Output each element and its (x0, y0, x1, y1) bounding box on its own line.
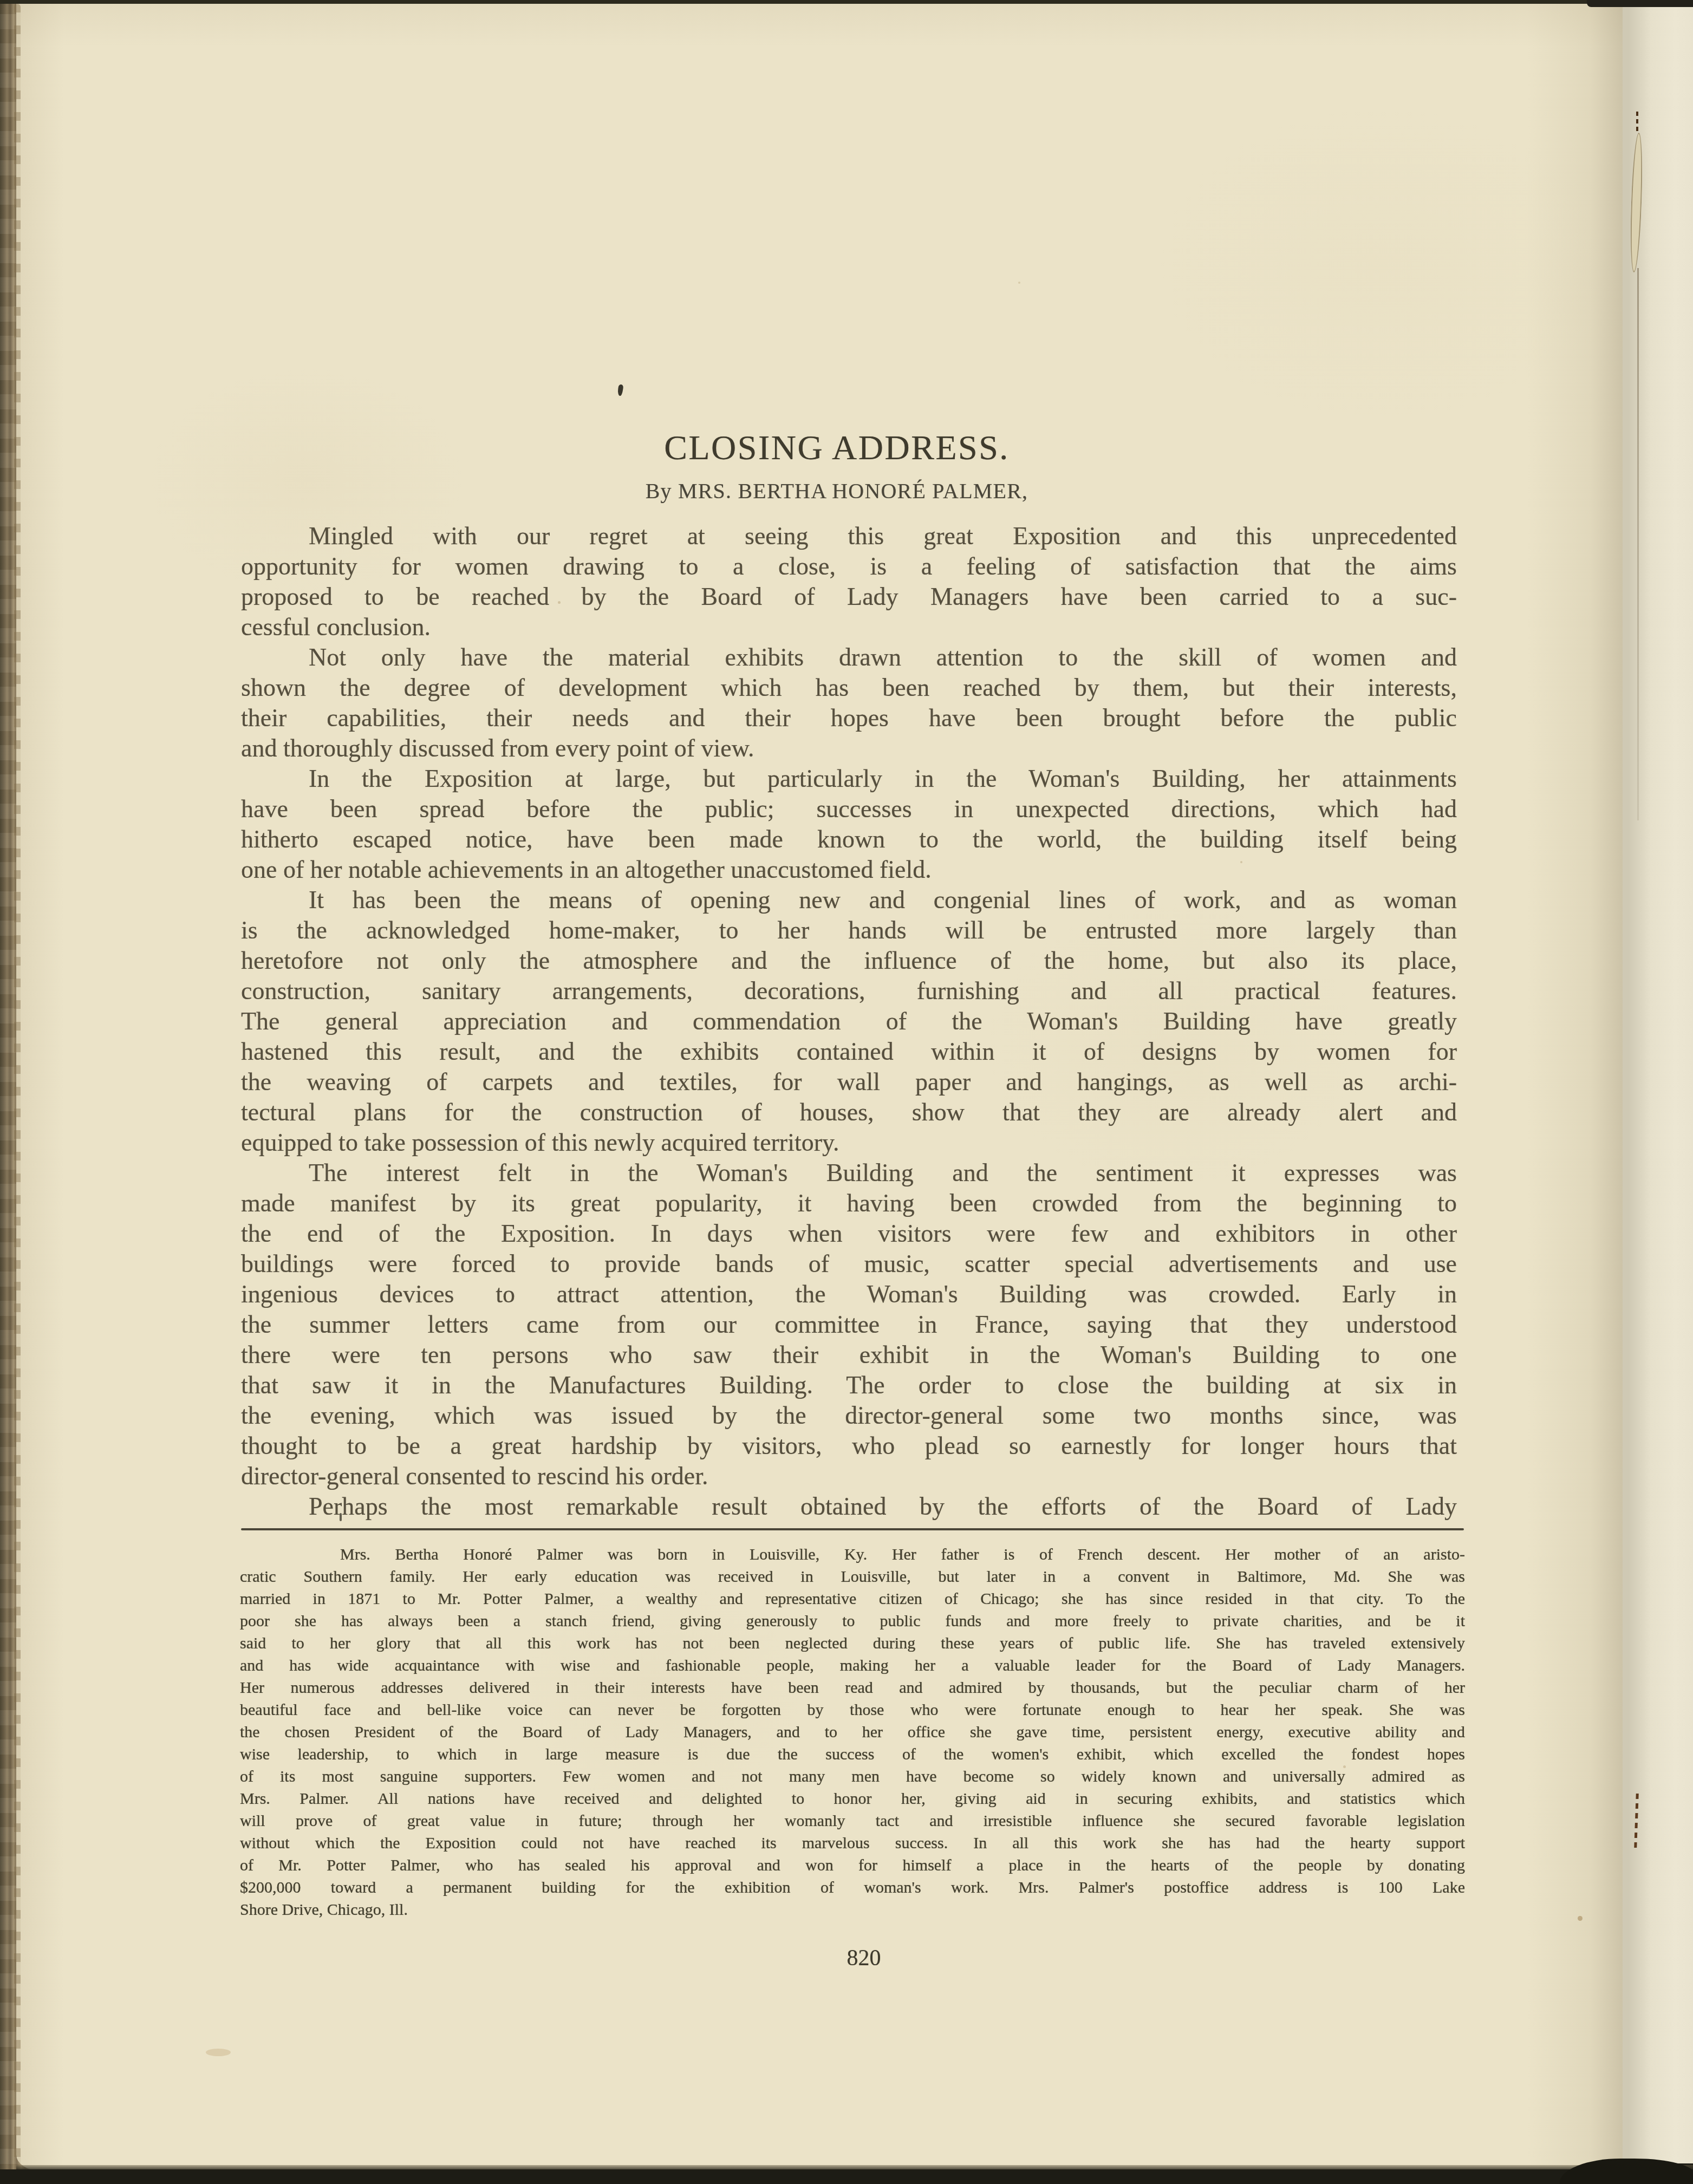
text-line: is the acknowledged home-maker, to her h… (241, 915, 1457, 946)
footnote-text: Mrs. Bertha Honoré Palmer was born in Lo… (240, 1543, 1465, 1921)
text-line: said to her glory that all this work has… (240, 1632, 1465, 1654)
text-line: Not only have the material exhibits draw… (241, 642, 1457, 673)
paragraph: Mrs. Bertha Honoré Palmer was born in Lo… (240, 1543, 1465, 1921)
text-line: without which the Exposition could not h… (240, 1832, 1465, 1854)
text-line: that saw it in the Manufactures Building… (241, 1370, 1457, 1400)
text-line: and has wide acquaintance with wise and … (240, 1654, 1465, 1677)
gutter-shadow-line (1637, 268, 1639, 820)
text-line: will prove of great value in future; thr… (240, 1810, 1465, 1832)
text-line: have been spread before the public; succ… (241, 794, 1457, 824)
text-line: construction, sanitary arrangements, dec… (241, 976, 1457, 1006)
text-line: one of her notable achievements in an al… (241, 855, 1457, 885)
paragraph: It has been the means of opening new and… (241, 885, 1457, 1158)
book-bottom-edge (0, 2169, 1693, 2184)
book-top-edge-right (1587, 0, 1693, 7)
text-line: ingenious devices to attract attention, … (241, 1279, 1457, 1309)
text-line: shown the degree of development which ha… (241, 673, 1457, 703)
paper-stain (206, 2049, 231, 2056)
text-line: In the Exposition at large, but particul… (241, 764, 1457, 794)
text-line: hastened this result, and the exhibits c… (241, 1036, 1457, 1067)
text-line: equipped to take possession of this newl… (241, 1127, 1457, 1158)
text-line: heretofore not only the atmosphere and t… (241, 946, 1457, 976)
text-line: the chosen President of the Board of Lad… (240, 1721, 1465, 1743)
text-line: cratic Southern family. Her early educat… (240, 1566, 1465, 1588)
text-line: hitherto escaped notice, have been made … (241, 824, 1457, 855)
paper-speck (1240, 861, 1242, 863)
adjacent-page-edge (1623, 5, 1693, 2163)
text-line: The general appreciation and commendatio… (241, 1006, 1457, 1036)
paper-speck (428, 1294, 430, 1297)
text-line: made manifest by its great popularity, i… (241, 1188, 1457, 1218)
text-line: wise leadership, to which in large measu… (240, 1743, 1465, 1765)
article-body: Mingled with our regret at seeing this g… (241, 521, 1457, 1522)
text-line: there were ten persons who saw their exh… (241, 1340, 1457, 1370)
text-line: proposed to be reached by the Board of L… (241, 582, 1457, 612)
page-number: 820 (812, 1945, 915, 1971)
text-line: Mrs. Bertha Honoré Palmer was born in Lo… (240, 1543, 1465, 1566)
text-line: the end of the Exposition. In days when … (241, 1218, 1457, 1249)
paragraph: Perhaps the most remarkable result obtai… (241, 1491, 1457, 1522)
text-line: Perhaps the most remarkable result obtai… (241, 1491, 1457, 1522)
text-line: buildings were forced to provide bands o… (241, 1249, 1457, 1279)
text-line: of its most sanguine supporters. Few wom… (240, 1765, 1465, 1788)
paper-stain (1578, 1916, 1583, 1921)
article-byline: By MRS. BERTHA HONORÉ PALMER, (227, 478, 1446, 504)
text-line: $200,000 toward a permanent building for… (240, 1876, 1465, 1899)
paper-speck (1018, 282, 1020, 284)
page-deckle-edge (14, 4, 21, 2171)
text-line: Shore Drive, Chicago, Ill. (240, 1899, 1465, 1921)
paper-speck (558, 601, 561, 604)
text-line: cessful conclusion. (241, 612, 1457, 642)
text-line: married in 1871 to Mr. Potter Palmer, a … (240, 1588, 1465, 1610)
paper-speck (1343, 1765, 1346, 1768)
ink-speck (617, 384, 624, 396)
text-line: thought to be a great hardship by visito… (241, 1431, 1457, 1461)
ink-speck (340, 1513, 342, 1521)
text-line: Mingled with our regret at seeing this g… (241, 521, 1457, 551)
text-line: It has been the means of opening new and… (241, 885, 1457, 915)
text-line: their capabilities, their needs and thei… (241, 703, 1457, 733)
gutter-stitch-marks (1636, 112, 1638, 134)
text-line: opportunity for women drawing to a close… (241, 551, 1457, 582)
book-top-edge (0, 0, 1693, 4)
paragraph: In the Exposition at large, but particul… (241, 764, 1457, 885)
text-line: poor she has always been a stanch friend… (240, 1610, 1465, 1632)
text-line: beautiful face and bell-like voice can n… (240, 1699, 1465, 1721)
text-line: of Mr. Potter Palmer, who has sealed his… (240, 1854, 1465, 1876)
text-line: and thoroughly discussed from every poin… (241, 733, 1457, 764)
paragraph: Mingled with our regret at seeing this g… (241, 521, 1457, 642)
text-line: Mrs. Palmer. All nations have received a… (240, 1788, 1465, 1810)
scanned-book-page: CLOSING ADDRESS. By MRS. BERTHA HONORÉ P… (0, 0, 1693, 2184)
text-line: director-general consented to rescind hi… (241, 1461, 1457, 1491)
text-line: The interest felt in the Woman's Buildin… (241, 1158, 1457, 1188)
text-line: the summer letters came from our committ… (241, 1309, 1457, 1340)
page-surface: CLOSING ADDRESS. By MRS. BERTHA HONORÉ P… (16, 4, 1623, 2171)
footnote-rule (241, 1528, 1464, 1530)
paragraph: The interest felt in the Woman's Buildin… (241, 1158, 1457, 1491)
text-line: the evening, which was issued by the dir… (241, 1400, 1457, 1431)
text-line: tectural plans for the construction of h… (241, 1097, 1457, 1127)
text-line: the weaving of carpets and textiles, for… (241, 1067, 1457, 1097)
paragraph: Not only have the material exhibits draw… (241, 642, 1457, 764)
page-title: CLOSING ADDRESS. (227, 428, 1446, 468)
text-line: Her numerous addresses delivered in thei… (240, 1677, 1465, 1699)
